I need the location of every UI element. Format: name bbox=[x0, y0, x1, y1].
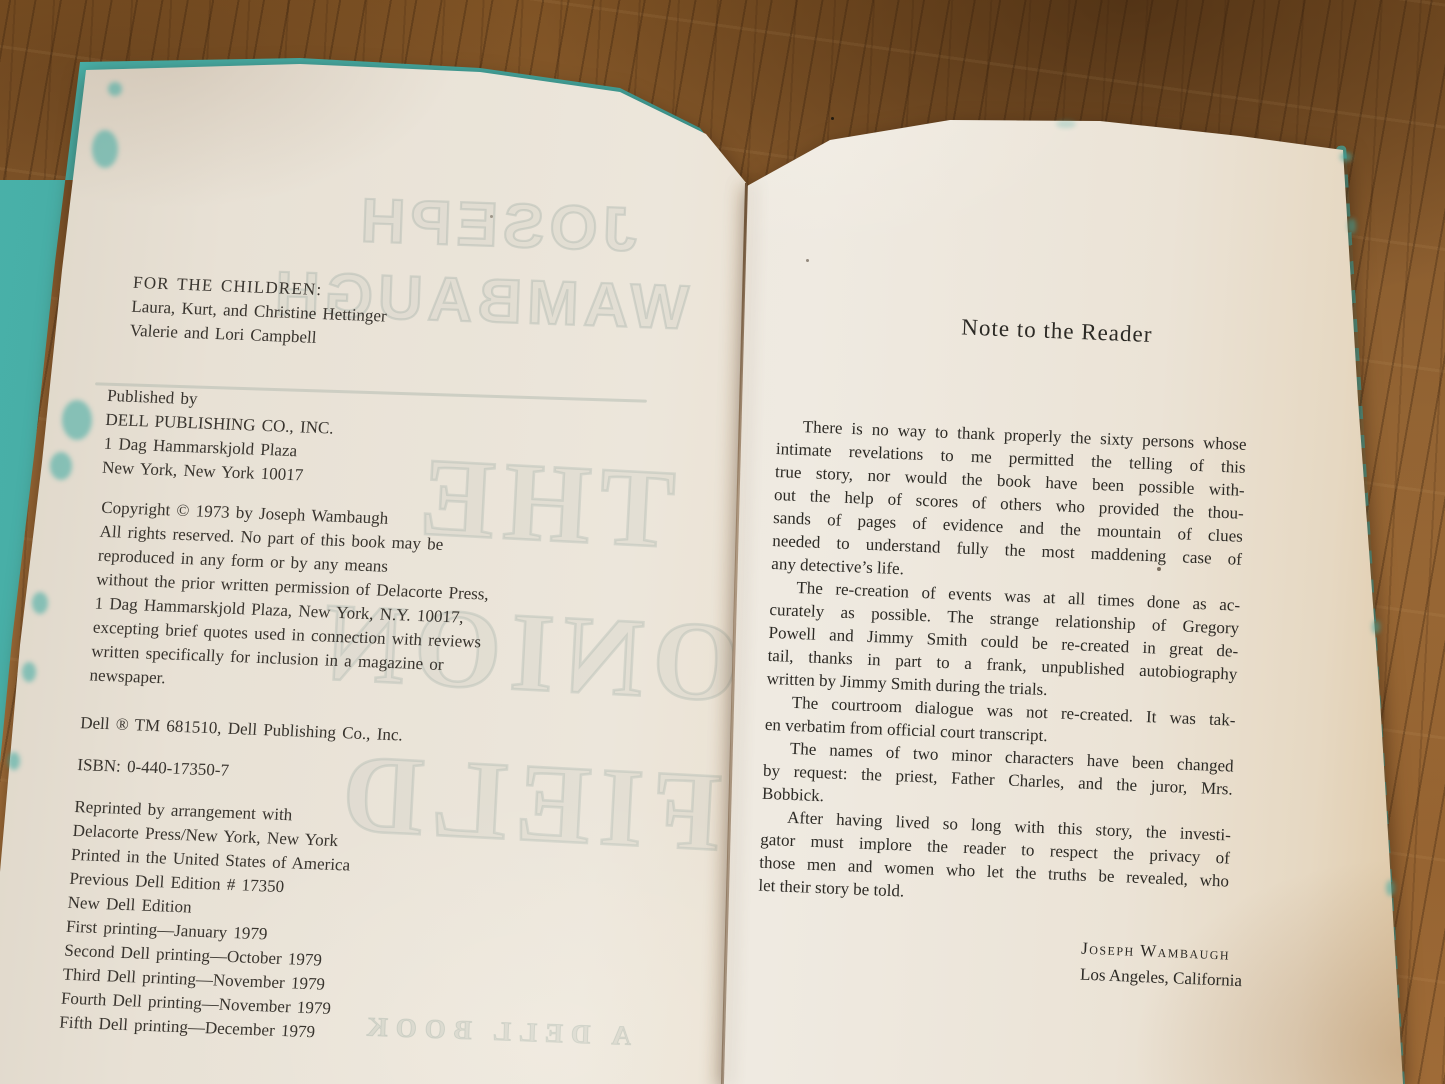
note-paragraph: There is no way to thank properly the si… bbox=[771, 414, 1247, 594]
teal-blotch bbox=[1056, 120, 1076, 128]
teal-blotch bbox=[50, 452, 72, 480]
dust-speck bbox=[490, 215, 493, 218]
note-paragraph: The re-creation of events was at all tim… bbox=[766, 575, 1240, 709]
signature-block: Joseph Wambaugh Los Angeles, California bbox=[755, 923, 1227, 994]
teal-blotch bbox=[62, 400, 92, 440]
dust-speck bbox=[831, 117, 834, 120]
teal-blotch bbox=[1348, 218, 1356, 234]
dust-speck bbox=[806, 259, 809, 262]
note-paragraph: After having lived so long with this sto… bbox=[758, 805, 1231, 916]
teal-blotch bbox=[1340, 152, 1352, 162]
dust-speck bbox=[1157, 567, 1161, 571]
right-page-shadow: Note to the Reader There is no way to th… bbox=[0, 0, 1445, 1084]
teal-blotch bbox=[92, 130, 118, 168]
note-heading: Note to the Reader bbox=[781, 306, 1252, 353]
teal-blotch bbox=[1372, 620, 1380, 634]
teal-blotch bbox=[8, 752, 20, 770]
book-photo-scene: JOSEPH WAMBAUGH THE ONION FIELD A DELL B… bbox=[0, 0, 1445, 1084]
teal-blotch bbox=[22, 662, 36, 682]
teal-blotch bbox=[32, 592, 48, 614]
teal-blotch bbox=[108, 82, 122, 96]
right-page: Note to the Reader There is no way to th… bbox=[0, 0, 1445, 1084]
teal-blotch bbox=[1386, 880, 1395, 896]
signature-location: Los Angeles, California bbox=[1080, 962, 1226, 994]
note-to-reader-text: Note to the Reader There is no way to th… bbox=[755, 306, 1251, 993]
